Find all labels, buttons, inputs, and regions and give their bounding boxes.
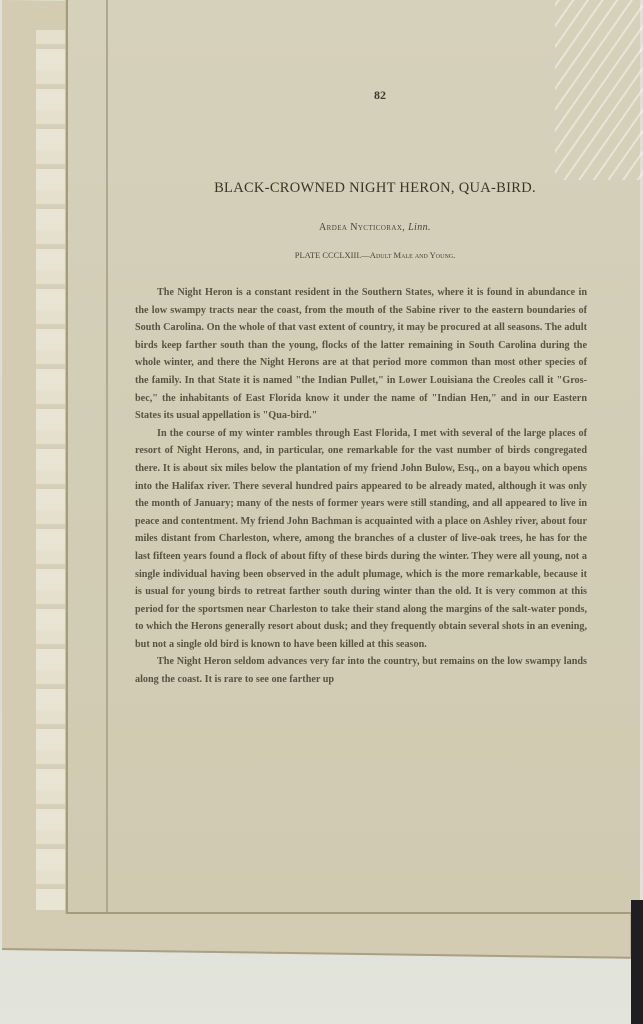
- latin-name: Ardea Nycticorax, Linn.: [275, 222, 475, 233]
- latin-binomial: Ardea Nycticorax,: [319, 222, 405, 233]
- page-title: BLACK-CROWNED NIGHT HERON, QUA-BIRD.: [175, 180, 575, 197]
- paragraph-3: The Night Heron seldom advances very far…: [135, 653, 587, 688]
- page-number: 82: [365, 88, 395, 103]
- torn-page-edge: [36, 30, 66, 910]
- paragraph-2: In the course of my winter rambles throu…: [135, 425, 587, 654]
- dark-background-corner: [631, 900, 643, 1024]
- body-text: The Night Heron is a constant resident i…: [135, 284, 587, 689]
- plastic-sleeve-glare: [555, 0, 643, 180]
- paragraph-1: The Night Heron is a constant resident i…: [135, 284, 587, 425]
- page-left-border: [106, 0, 108, 912]
- latin-author: Linn.: [408, 222, 431, 233]
- plate-caption: PLATE CCCLXIII.—Adult Male and Young.: [245, 250, 505, 260]
